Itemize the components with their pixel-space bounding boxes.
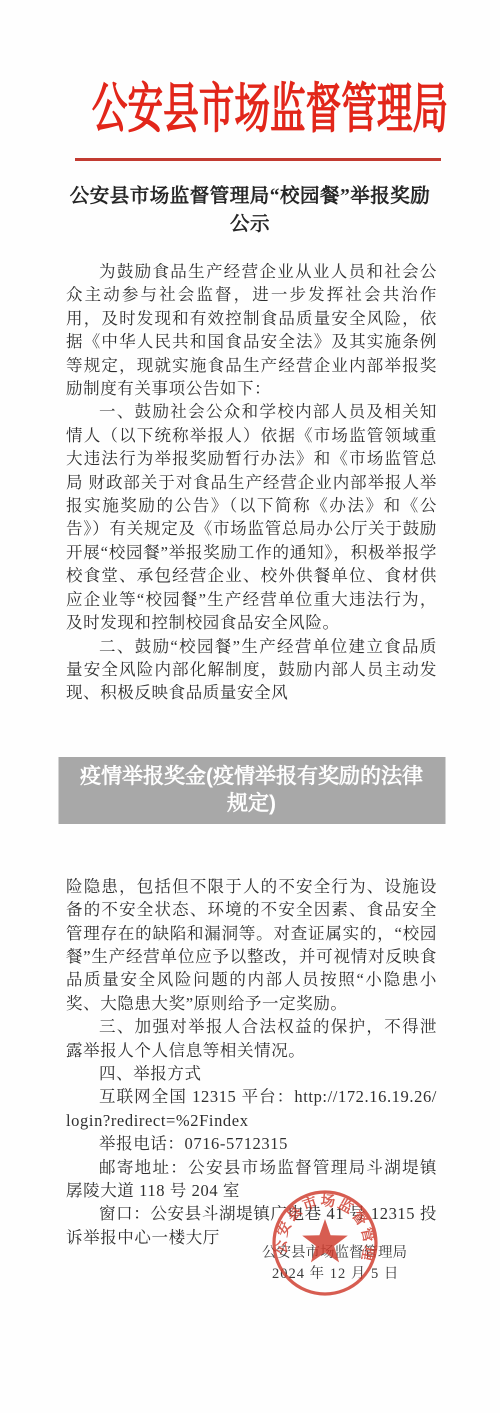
injected-ad-banner-text: 疫情举报奖金(疫情举报有奖励的法律规定): [71, 763, 433, 817]
paragraph-item-2-start: 二、鼓励“校园餐”生产经营单位建立食品质量安全风险内部化解制度，鼓励内部人员主动…: [66, 635, 437, 705]
agency-letterhead-title: 公安县市场监督管理局: [0, 70, 500, 148]
document-page: 公安县市场监督管理局 公安县市场监督管理局“校园餐”举报奖励 公示 为鼓励食品生…: [0, 0, 500, 1413]
overlay-gap: 疫情举报奖金(疫情举报有奖励的法律规定): [66, 705, 437, 875]
paragraph-item-3: 三、加强对举报人合法权益的保护，不得泄露举报人个人信息等相关情况。: [66, 1015, 437, 1062]
paragraph-item-1: 一、鼓励社会公众和学校内部人员及相关知情人（以下统称举报人）依据《市场监管领域重…: [66, 400, 437, 634]
document-title: 公安县市场监督管理局“校园餐”举报奖励 公示: [40, 183, 460, 239]
letterhead-divider: [75, 158, 441, 161]
document-title-line1: 公安县市场监督管理局“校园餐”举报奖励: [70, 186, 431, 207]
signature-agency-name: 公安县市场监督管理局: [262, 1241, 407, 1262]
injected-ad-banner[interactable]: 疫情举报奖金(疫情举报有奖励的法律规定): [58, 757, 445, 824]
document-title-line2: 公示: [230, 214, 270, 235]
report-phone-line: 举报电话：0716-5712315: [66, 1132, 437, 1155]
signature-date: 2024 年 12 月 5 日: [272, 1262, 399, 1283]
paragraph-item-2-end: 险隐患，包括但不限于人的不安全行为、设施设备的不安全状态、环境的不安全因素、食品…: [66, 875, 437, 1015]
document-body: 为鼓励食品生产经营企业从业人员和社会公众主动参与社会监督，进一步发挥社会共治作用…: [66, 260, 437, 1249]
agency-letterhead-text: 公安县市场监督管理局: [92, 70, 448, 148]
paragraph-item-4-heading: 四、举报方式: [66, 1062, 437, 1085]
report-mail-address-line: 邮寄地址：公安县市场监督管理局斗湖堤镇孱陵大道 118 号 204 室: [66, 1156, 437, 1203]
report-platform-line: 互联网全国 12315 平台：http://172.16.19.26/login…: [66, 1085, 437, 1132]
paragraph-intro: 为鼓励食品生产经营企业从业人员和社会公众主动参与社会监督，进一步发挥社会共治作用…: [66, 260, 437, 400]
